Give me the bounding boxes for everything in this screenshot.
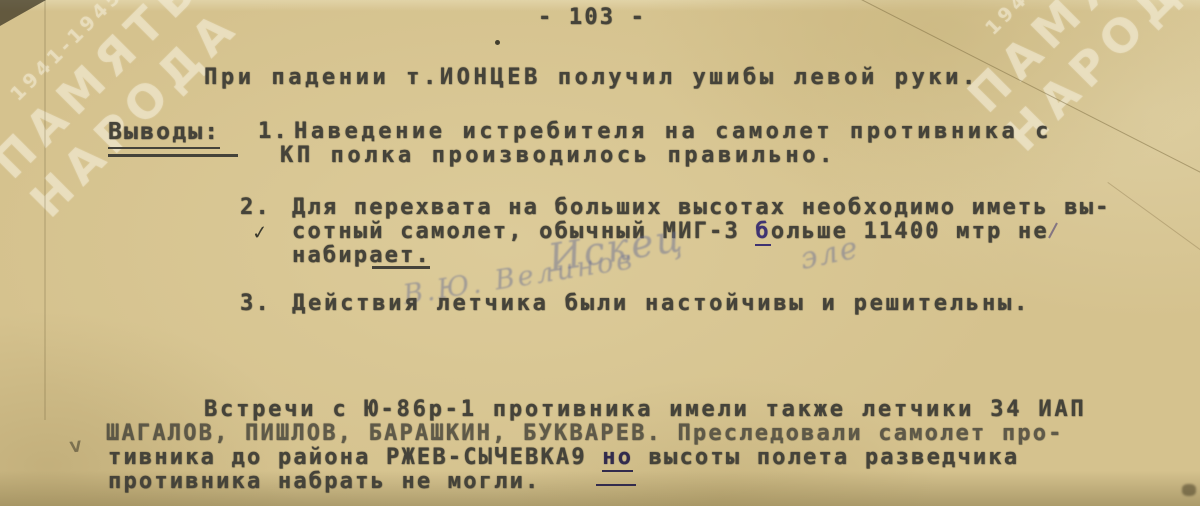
margin-checkmark-item-2: ✓: [251, 221, 269, 245]
closing-line-3: тивника до района РЖЕВ-СЫЧЕВКА9 но высот…: [108, 446, 1019, 470]
item-2-number: 2.: [240, 196, 271, 220]
item-3-number: 3.: [240, 292, 271, 316]
item-1-line-2: КП полка производилось правильно.: [280, 144, 836, 168]
pen-corrected-letter: б: [755, 219, 770, 246]
item-1-line-1: Наведение истребителя на самолет противн…: [294, 120, 1052, 144]
underline-nabiraet: [372, 266, 430, 269]
item-3-line-1: Действия летчика были настойчивы и решит…: [292, 292, 1030, 316]
pen-slash-over-mtr: [1048, 223, 1058, 239]
closing-line-3-rest: высоты полета разведчика: [633, 445, 1019, 470]
closing-line-2: ШАГАЛОВ, ПИШЛОВ, БАРАШКИН, БУКВАРЕВ. Пре…: [106, 422, 1064, 446]
conclusions-heading: Выводы:: [108, 120, 220, 149]
pen-written-no: но: [602, 445, 633, 472]
ink-smudge-bottom-right: [1182, 484, 1196, 496]
scanned-document-page: 1941-1945 ПАМЯТЬ НАРОДА 1941-1945 ПАМЯТЬ…: [0, 0, 1200, 506]
ink-speck: [495, 40, 500, 45]
item-2-line-1: Для перехвата на больших высотах необход…: [292, 196, 1111, 220]
archive-watermark-top-right: 1941-1945 ПАМЯТЬ НАРОДА: [890, 0, 1200, 207]
second-underline-no: [596, 484, 636, 486]
paper-crease-vertical: [44, 0, 46, 420]
closing-line-3-text: тивника до района РЖЕВ-СЫЧЕВКА9: [108, 445, 602, 470]
closing-line-1: Встречи с Ю-86р-1 противника имели также…: [204, 398, 1086, 422]
scan-edge-corner-mark: [0, 0, 46, 26]
watermark-word-naroda: НАРОДА: [949, 0, 1200, 207]
item-2-line-3: набирает.: [292, 244, 431, 268]
paper-crease-diagonal-lower: [1107, 182, 1200, 265]
closing-line-4: противника набрать не могли.: [108, 470, 540, 494]
watermark-years: 1941-1945: [0, 0, 219, 197]
watermark-word-pamyat: ПАМЯТЬ: [0, 0, 257, 235]
intro-line: При падении т.ИОНЦЕВ получил ушибы левой…: [204, 66, 979, 90]
page-number: - 103 -: [538, 6, 646, 30]
heading-second-underline: [108, 154, 238, 157]
item-2-line-2-text: сотный самолет, обычный МИГ-3: [292, 219, 755, 244]
margin-vmark-closing: V: [69, 437, 83, 456]
item-1-number: 1.: [258, 120, 289, 144]
